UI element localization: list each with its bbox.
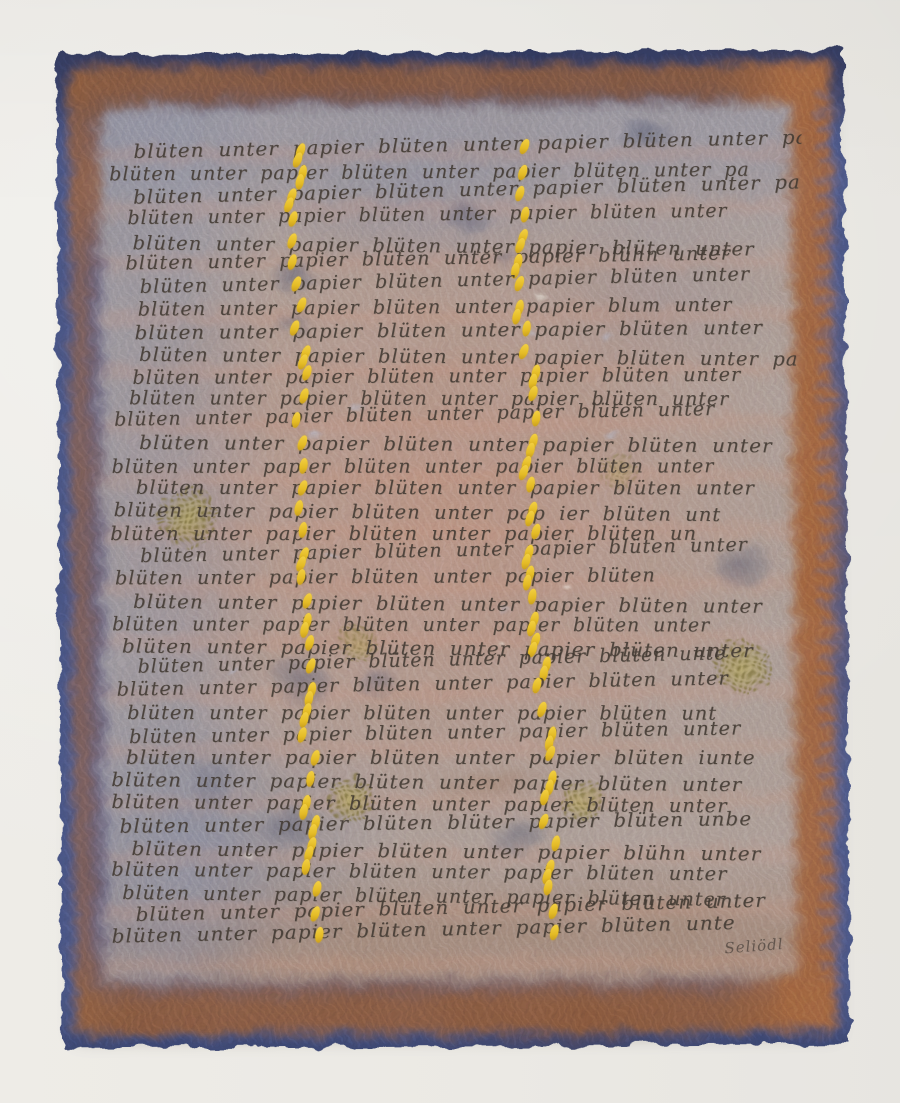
- handwriting-text: blüten unter papier blüten unter papier …: [115, 564, 656, 589]
- handwriting-line: blüten unter papier blüten unter papier …: [104, 923, 806, 950]
- handwriting-text: blüten unter papier blüten unter papier …: [133, 126, 807, 163]
- handwriting-text: blüten unter papier blüten unter papier …: [136, 476, 755, 499]
- handwriting-layer: blüten unter papier blüten unter papier …: [99, 53, 807, 1045]
- artwork-photo: blüten unter papier blüten unter papier …: [59, 53, 847, 1046]
